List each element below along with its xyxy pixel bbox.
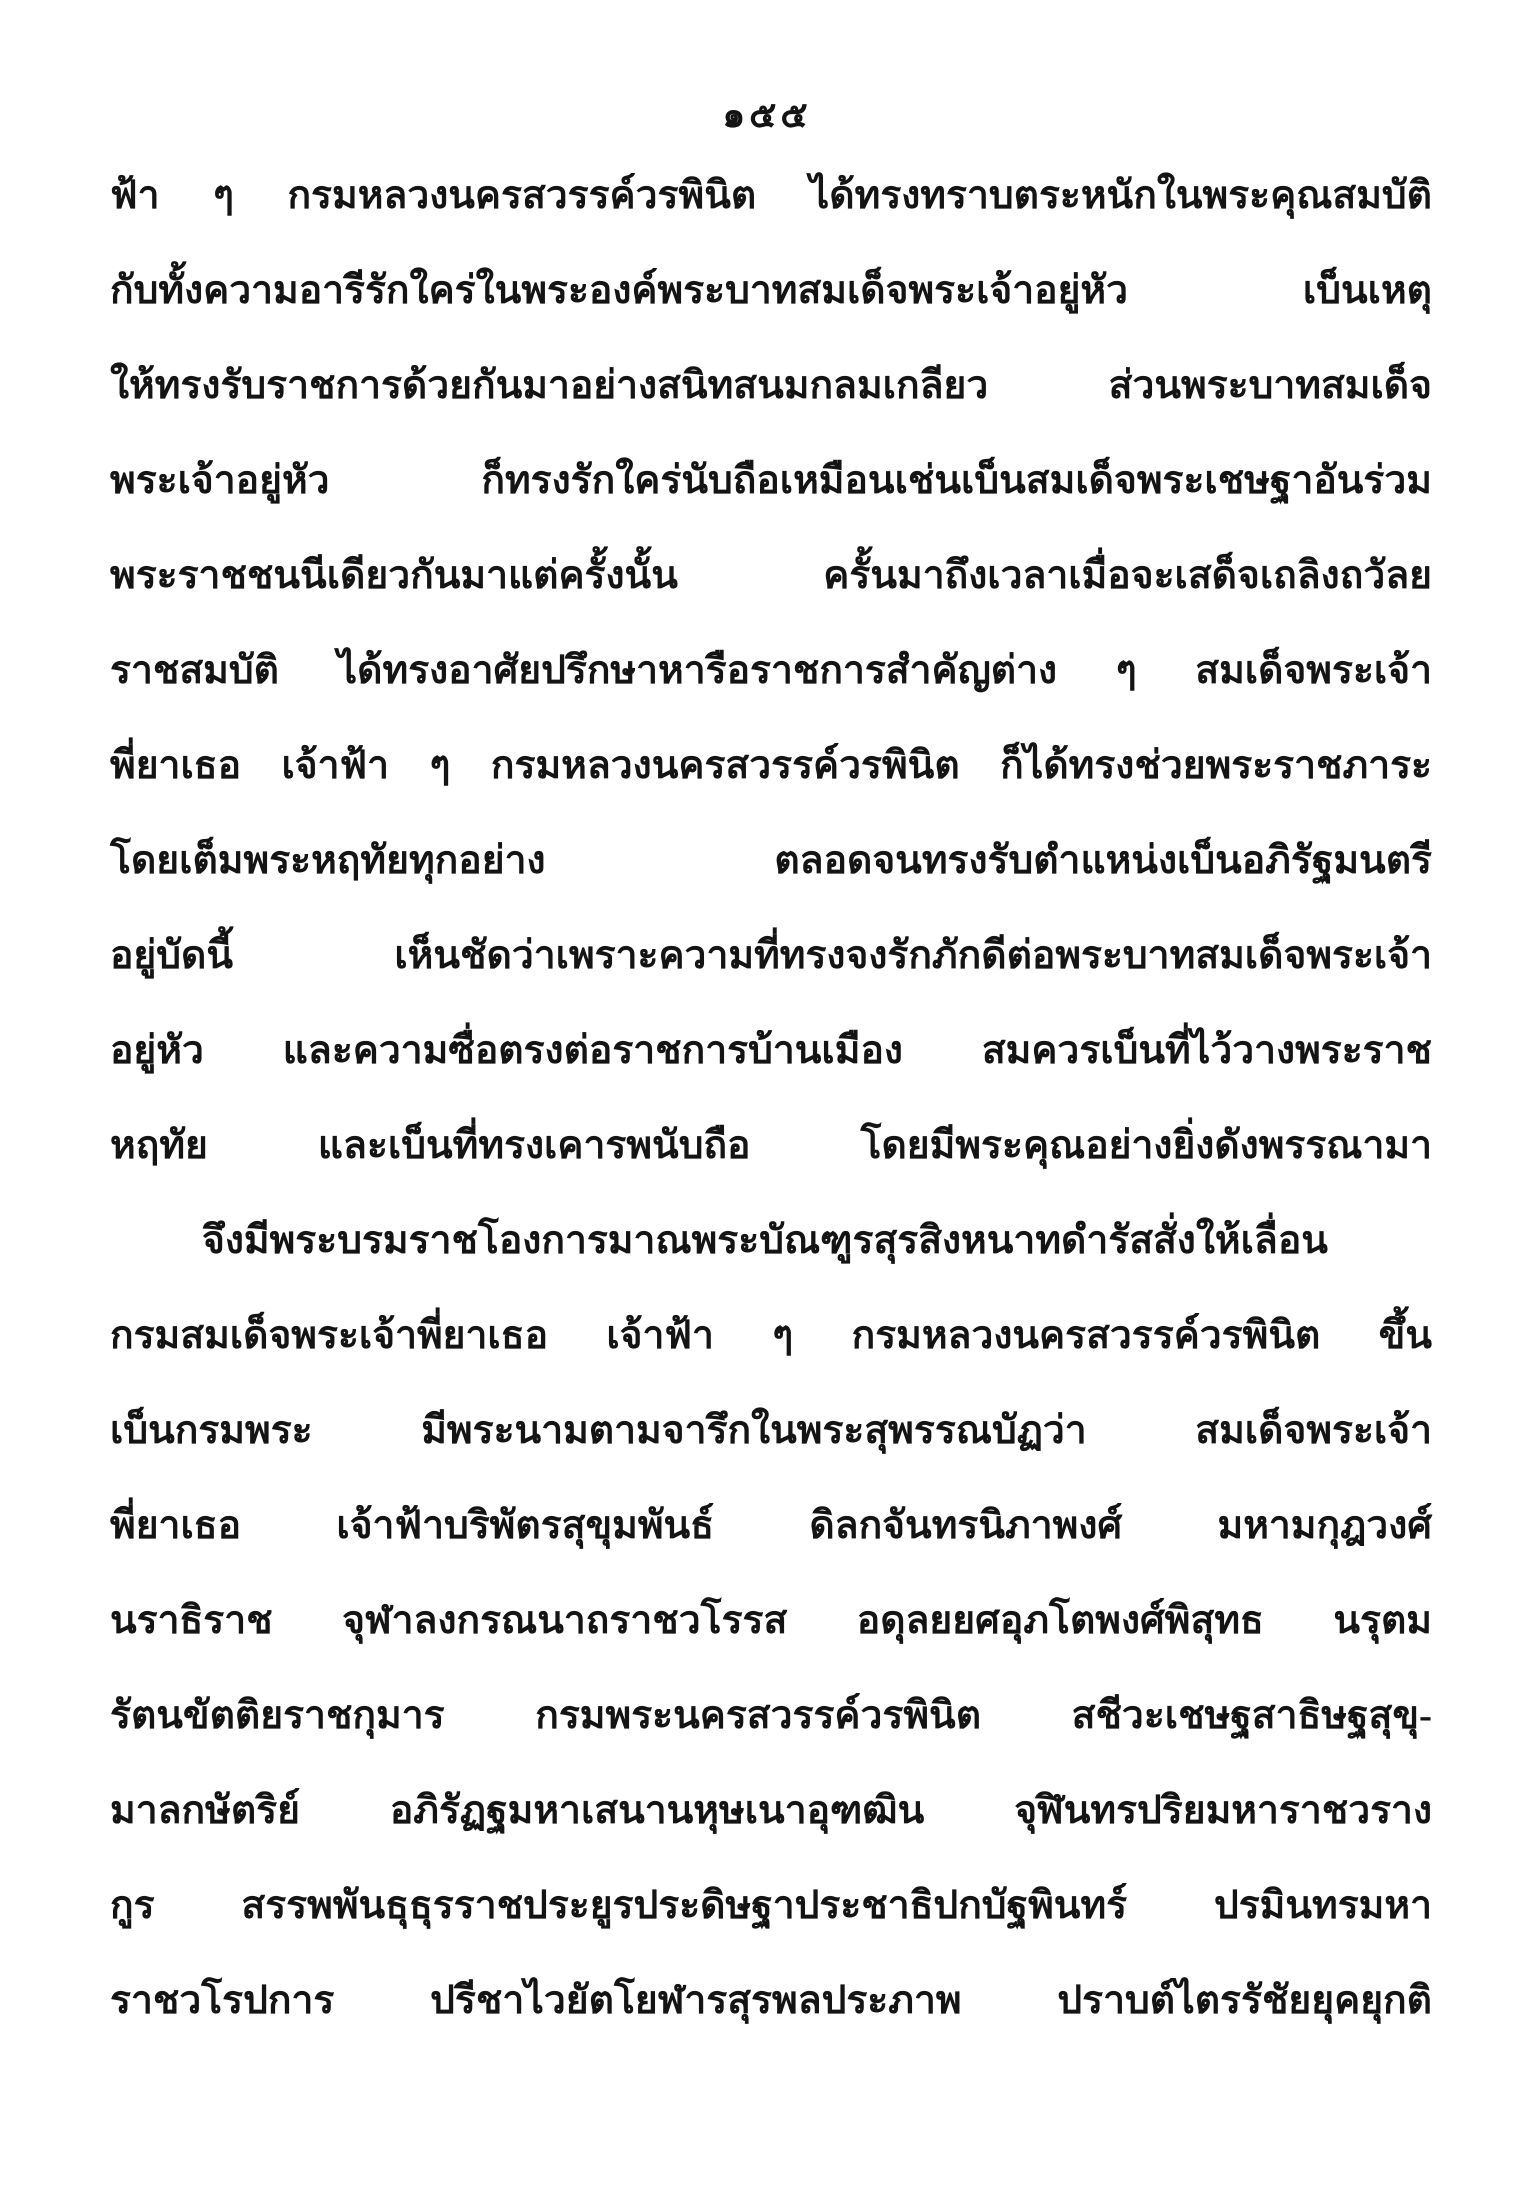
text-line: ฟ้า ๆ กรมหลวงนครสวรรค์วรพินิต ได้ทรงทราบ… (110, 148, 1432, 243)
text-line: นราธิราช จุฬาลงกรณนาถราชวโรรส อดุลยยศอุภ… (110, 1573, 1432, 1668)
text-line: เบ็นกรมพระ มีพระนามตามจารึกในพระสุพรรณบั… (110, 1383, 1432, 1478)
body-text: ฟ้า ๆ กรมหลวงนครสวรรค์วรพินิต ได้ทรงทราบ… (110, 148, 1432, 2048)
text-line: รัตนขัตติยราชกุมาร กรมพระนครสวรรค์วรพินิ… (110, 1668, 1432, 1763)
text-line: พระเจ้าอยู่หัว ก็ทรงรักใคร่นับถือเหมือนเ… (110, 433, 1432, 528)
text-line: อยู่บัดนี้ เห็นชัดว่าเพราะความที่ทรงจงรั… (110, 908, 1432, 1003)
text-line: พี่ยาเธอ เจ้าฟ้า ๆ กรมหลวงนครสวรรค์วรพิน… (110, 718, 1432, 813)
text-line: อยู่หัว และความซื่อตรงต่อราชการบ้านเมือง… (110, 1003, 1432, 1098)
text-line: พี่ยาเธอ เจ้าฟ้าบริพัตรสุขุมพันธ์ ดิลกจั… (110, 1478, 1432, 1573)
document-page: ๑๕๕ ฟ้า ๆ กรมหลวงนครสวรรค์วรพินิต ได้ทรง… (0, 0, 1534, 2209)
text-line: มาลกษัตริย์ อภิรัฏฐมหาเสนานหุษเนาอุฑฒิน … (110, 1763, 1432, 1858)
text-line: หฤทัย และเบ็นที่ทรงเคารพนับถือ โดยมีพระค… (110, 1098, 1432, 1193)
page-number: ๑๕๕ (0, 86, 1534, 143)
text-line: โดยเต็มพระหฤทัยทุกอย่าง ตลอดจนทรงรับตำแห… (110, 813, 1432, 908)
text-line: กูร สรรพพันธุธุรราชประยูรประดิษฐาประชาธิ… (110, 1858, 1432, 1953)
text-line: ให้ทรงรับราชการด้วยกันมาอย่างสนิทสนมกลมเ… (110, 338, 1432, 433)
text-line: ราชวโรปการ ปรีชาไวยัตโยฬารสุรพลประภาพ ปร… (110, 1953, 1432, 2048)
text-line: พระราชชนนีเดียวกันมาแต่ครั้งนั้น ครั้นมา… (110, 528, 1432, 623)
text-line-paragraph-start: จึงมีพระบรมราชโองการมาณพระบัณฑูรสุรสิงหน… (110, 1193, 1432, 1288)
text-line: กับทั้งความอารีรักใคร่ในพระองค์พระบาทสมเ… (110, 243, 1432, 338)
text-line: กรมสมเด็จพระเจ้าพี่ยาเธอ เจ้าฟ้า ๆ กรมหล… (110, 1288, 1432, 1383)
text-line: ราชสมบัติ ได้ทรงอาศัยปรึกษาหารือราชการสำ… (110, 623, 1432, 718)
